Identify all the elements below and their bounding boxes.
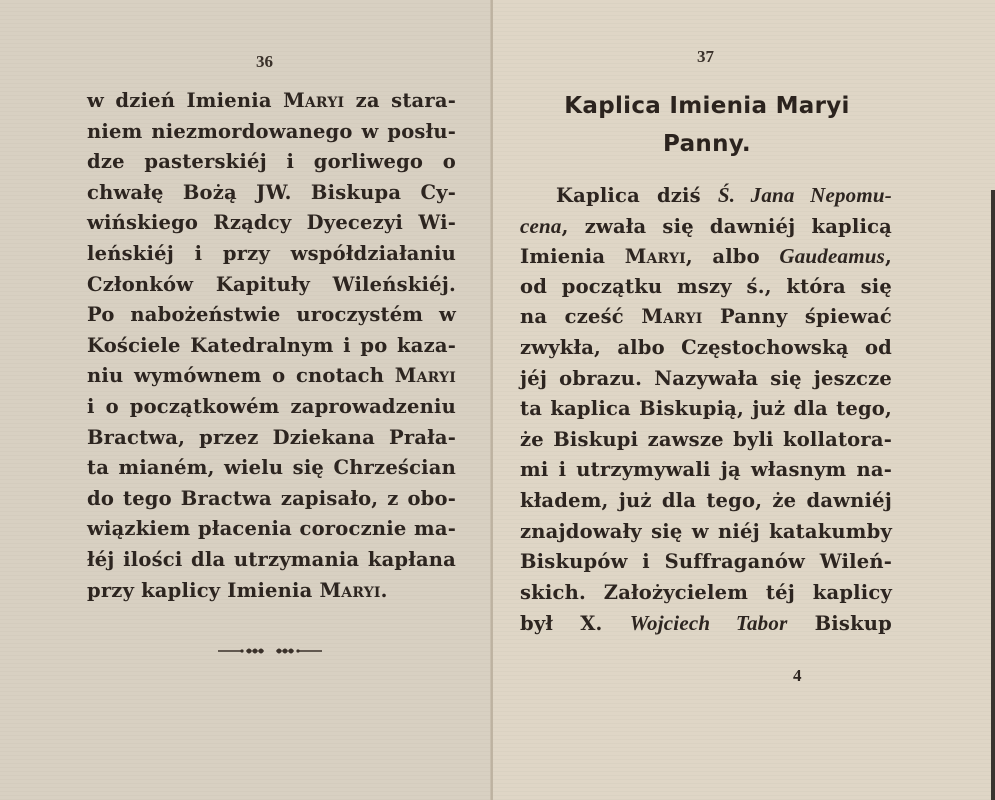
right-page-text: Kaplica dziś Ś. Jana Nepomu- cena, zwała…: [520, 180, 892, 639]
text-line: i o początkowém zaprowadzeniu: [87, 392, 456, 423]
chapter-heading-line2: Panny.: [521, 124, 893, 164]
text-line: łéj ilości dla utrzymania kapłana: [87, 545, 456, 576]
left-page: 36 w dzień Imienia Maryi za stara- niem …: [0, 0, 492, 800]
text-line: był X. Wojciech Tabor Biskup: [520, 608, 892, 639]
page-edge-shadow: [991, 190, 995, 800]
text-line: na cześć Maryi Panny śpiewać: [520, 302, 892, 333]
text-line: znajdowały się w niéj katakumby: [520, 517, 892, 548]
text-line: dze pasterskiéj i gorliwego o: [87, 147, 456, 178]
left-page-text: w dzień Imienia Maryi za stara- niem nie…: [87, 86, 456, 606]
text-line: Kaplica dziś Ś. Jana Nepomu-: [520, 180, 892, 211]
text-line: do tego Bractwa zapisało, z obo-: [87, 484, 456, 515]
text-line: Bractwa, przez Dziekana Prała-: [87, 423, 456, 454]
text-line: leńskiéj i przy współdziałaniu: [87, 239, 456, 270]
text-line: Kościele Katedralnym i po kaza-: [87, 331, 456, 362]
text-line: niem niezmordowanego w posłu-: [87, 117, 456, 148]
text-line: ta kaplica Biskupią, już dla tego,: [520, 394, 892, 425]
page-number-left: 36: [256, 52, 273, 72]
text-line: chwałę Bożą JW. Biskupa Cy-: [87, 178, 456, 209]
text-line: ta mianém, wielu się Chrześcian: [87, 453, 456, 484]
text-line: wiązkiem płacenia corocznie ma-: [87, 514, 456, 545]
text-line: Członków Kapituły Wileńskiéj.: [87, 270, 456, 301]
page-number-right: 37: [697, 47, 714, 67]
signature-mark: 4: [793, 666, 802, 686]
text-line: wińskiego Rządcy Dyecezyi Wi-: [87, 208, 456, 239]
book-spread: 36 w dzień Imienia Maryi za stara- niem …: [0, 0, 995, 800]
text-line: w dzień Imienia Maryi za stara-: [87, 86, 456, 117]
chapter-heading-line1: Kaplica Imienia Maryi: [521, 86, 893, 126]
text-line: skich. Założycielem téj kaplicy: [520, 578, 892, 609]
text-line: od początku mszy ś., która się: [520, 272, 892, 303]
text-line: kładem, już dla tego, że dawniéj: [520, 486, 892, 517]
text-line: jéj obrazu. Nazywała się jeszcze: [520, 364, 892, 395]
text-line: Imienia Maryi, albo Gaudeamus,: [520, 241, 892, 272]
text-line: mi i utrzymywali ją własnym na-: [520, 455, 892, 486]
text-line: przy kaplicy Imienia Maryi.: [87, 576, 456, 607]
text-line: niu wymównem o cnotach Maryi: [87, 361, 456, 392]
text-line: Po nabożeństwie uroczystém w: [87, 300, 456, 331]
text-line: zwykła, albo Częstochowską od: [520, 333, 892, 364]
ornament-divider-icon: [218, 645, 322, 657]
text-line: cena, zwała się dawniéj kaplicą: [520, 211, 892, 242]
text-line: że Biskupi zawsze byli kollatora-: [520, 425, 892, 456]
text-line: Biskupów i Suffraganów Wileń-: [520, 547, 892, 578]
